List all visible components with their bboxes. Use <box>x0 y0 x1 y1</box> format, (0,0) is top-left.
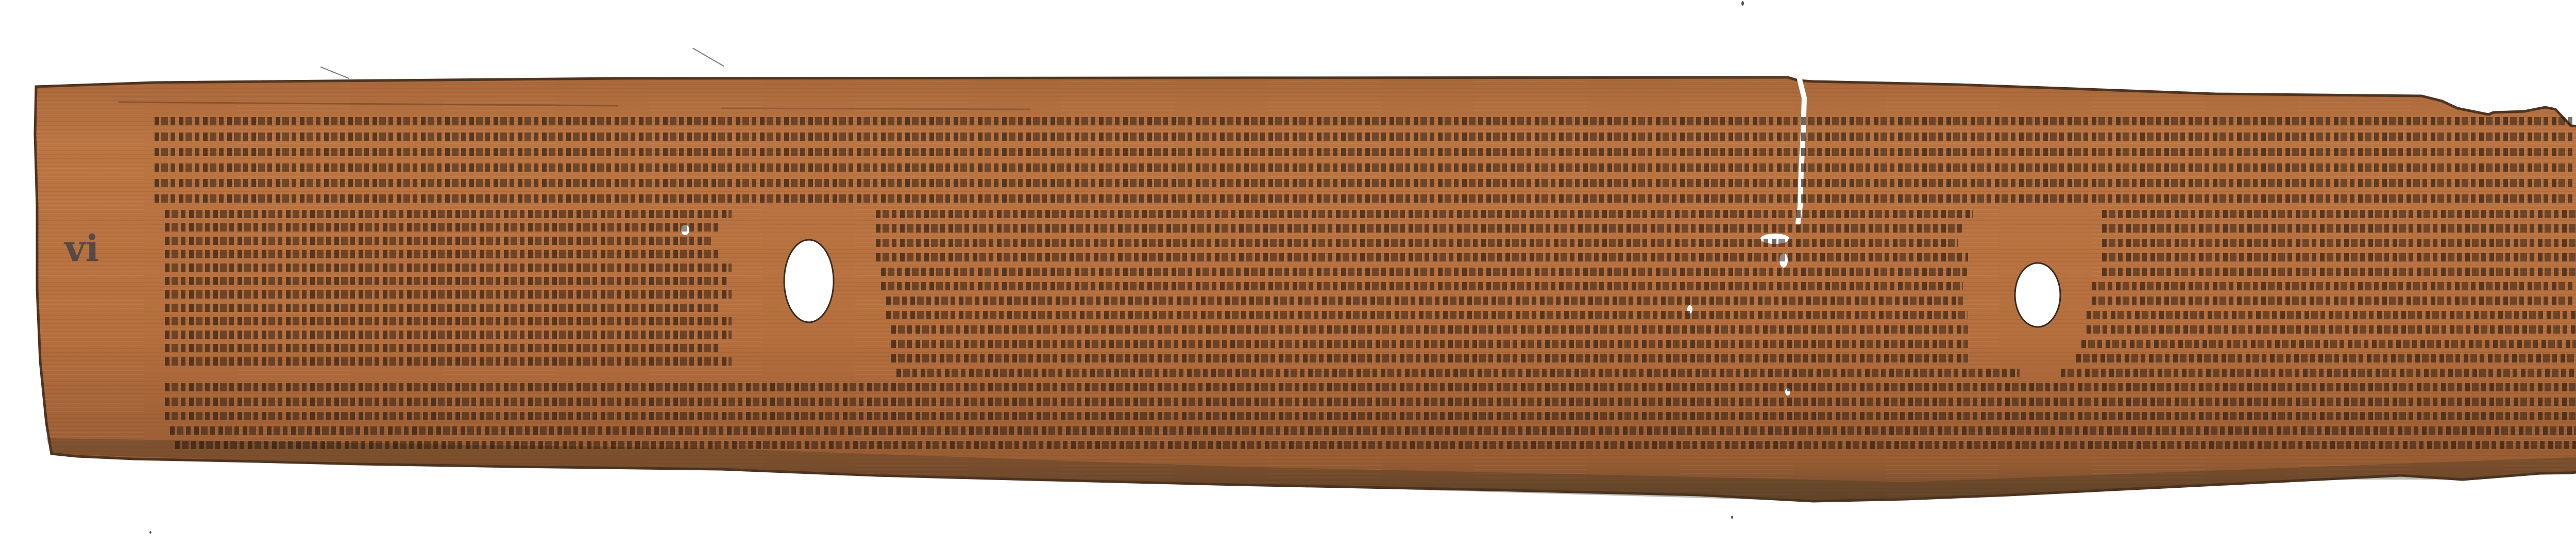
manuscript-line <box>891 324 1968 335</box>
manuscript-line <box>165 342 721 354</box>
manuscript-line <box>175 439 2576 451</box>
manuscript-line <box>165 289 732 300</box>
manuscript-line <box>891 338 1968 350</box>
manuscript-line <box>2102 208 2576 220</box>
manuscript-line <box>155 177 2576 189</box>
manuscript-line <box>2102 266 2576 277</box>
manuscript-line <box>165 208 732 220</box>
manuscript-line <box>2102 237 2576 249</box>
manuscript-line <box>891 353 1968 364</box>
manuscript-line <box>155 146 2576 158</box>
manuscript-line <box>876 208 1973 220</box>
manuscript-line <box>896 367 2020 378</box>
manuscript-line <box>165 396 2576 407</box>
manuscript-line <box>165 410 2576 422</box>
manuscript-line <box>165 262 732 273</box>
manuscript-line <box>876 223 1963 234</box>
manuscript-line <box>886 309 1968 321</box>
manuscript-line <box>165 275 726 287</box>
manuscript-line <box>2102 252 2576 263</box>
manuscript-line <box>2092 295 2576 306</box>
manuscript-line <box>881 281 1963 292</box>
left-margin-mark: ⅵ <box>64 227 99 270</box>
manuscript-line <box>165 235 711 246</box>
manuscript-line <box>2087 324 2576 335</box>
manuscript-line <box>165 222 721 233</box>
manuscript-line <box>155 131 2576 142</box>
manuscript-line <box>165 316 732 327</box>
manuscript-line <box>881 266 1968 277</box>
binding-hole-right <box>2015 263 2060 327</box>
manuscript-line <box>165 382 2576 393</box>
manuscript-line <box>2092 281 2576 292</box>
manuscript-line <box>876 252 1968 263</box>
manuscript-line <box>155 116 2576 127</box>
manuscript-line <box>2102 223 2576 234</box>
manuscript-line <box>165 329 732 340</box>
manuscript-line <box>886 295 1963 306</box>
manuscript-line <box>165 302 721 314</box>
manuscript-line <box>170 425 2576 436</box>
manuscript-line <box>155 193 2576 204</box>
manuscript-line <box>155 162 2576 173</box>
manuscript-line <box>2081 338 2576 350</box>
manuscript-line <box>2087 309 2576 321</box>
manuscript-line <box>2076 353 2576 364</box>
manuscript-line <box>165 249 721 260</box>
manuscript-line <box>165 356 732 367</box>
manuscript-line <box>2061 367 2576 378</box>
manuscript-line <box>876 237 1958 249</box>
binding-hole-left <box>784 240 834 322</box>
